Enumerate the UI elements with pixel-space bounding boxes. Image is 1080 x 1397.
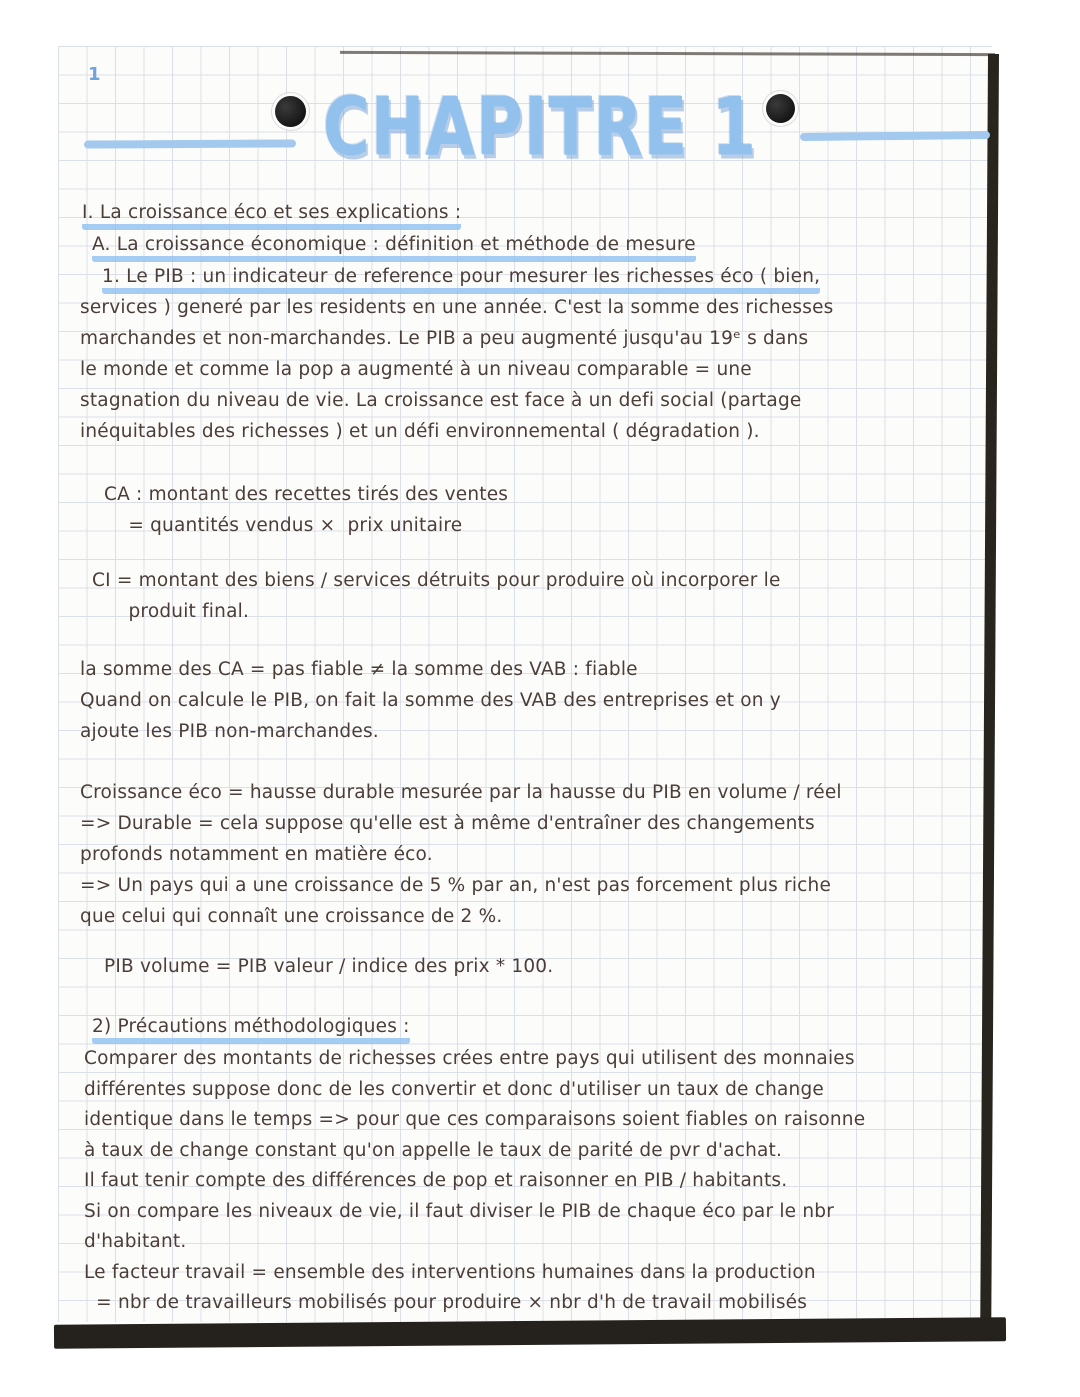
paragraph-precautions: Comparer des montants de richesses crées… bbox=[84, 1044, 989, 1319]
definition-ca: CA : montant des recettes tirés des vent… bbox=[104, 479, 1009, 541]
paragraph-pib: 1. Le PIB : un indicateur de reference p… bbox=[80, 261, 985, 447]
paragraph-vab: la somme des CA = pas fiable ≠ la somme … bbox=[80, 654, 985, 747]
black-dot-right bbox=[766, 94, 795, 123]
chapter-title: CHAPITRE 1 bbox=[315, 82, 765, 175]
definition-ci: CI = montant des biens / services détrui… bbox=[92, 565, 997, 627]
heading-croissance-eco: I. La croissance éco et ses explications… bbox=[82, 197, 987, 228]
heading-precautions: 2) Précautions méthodologiques : bbox=[92, 1011, 997, 1042]
heading-definition-mesure-text: A. La croissance économique : définition… bbox=[92, 234, 696, 262]
heading-croissance-eco-text: I. La croissance éco et ses explications… bbox=[82, 202, 461, 230]
heading-definition-mesure: A. La croissance économique : définition… bbox=[92, 229, 997, 260]
black-dot-left bbox=[275, 96, 306, 127]
notes-photo: 1 CHAPITRE 1 I. La croissance éco et ses… bbox=[0, 0, 1080, 1397]
paragraph-pib-rest: services ) generé par les residents en u… bbox=[80, 297, 834, 442]
heading-precautions-text: 2) Précautions méthodologiques : bbox=[92, 1016, 410, 1044]
formula-pib-volume: PIB volume = PIB valeur / indice des pri… bbox=[104, 951, 1009, 982]
page-number: 1 bbox=[88, 64, 101, 85]
title-underline-left bbox=[84, 139, 296, 148]
paragraph-croissance: Croissance éco = hausse durable mesurée … bbox=[80, 777, 985, 932]
paragraph-pib-lead: 1. Le PIB : un indicateur de reference p… bbox=[102, 266, 820, 294]
